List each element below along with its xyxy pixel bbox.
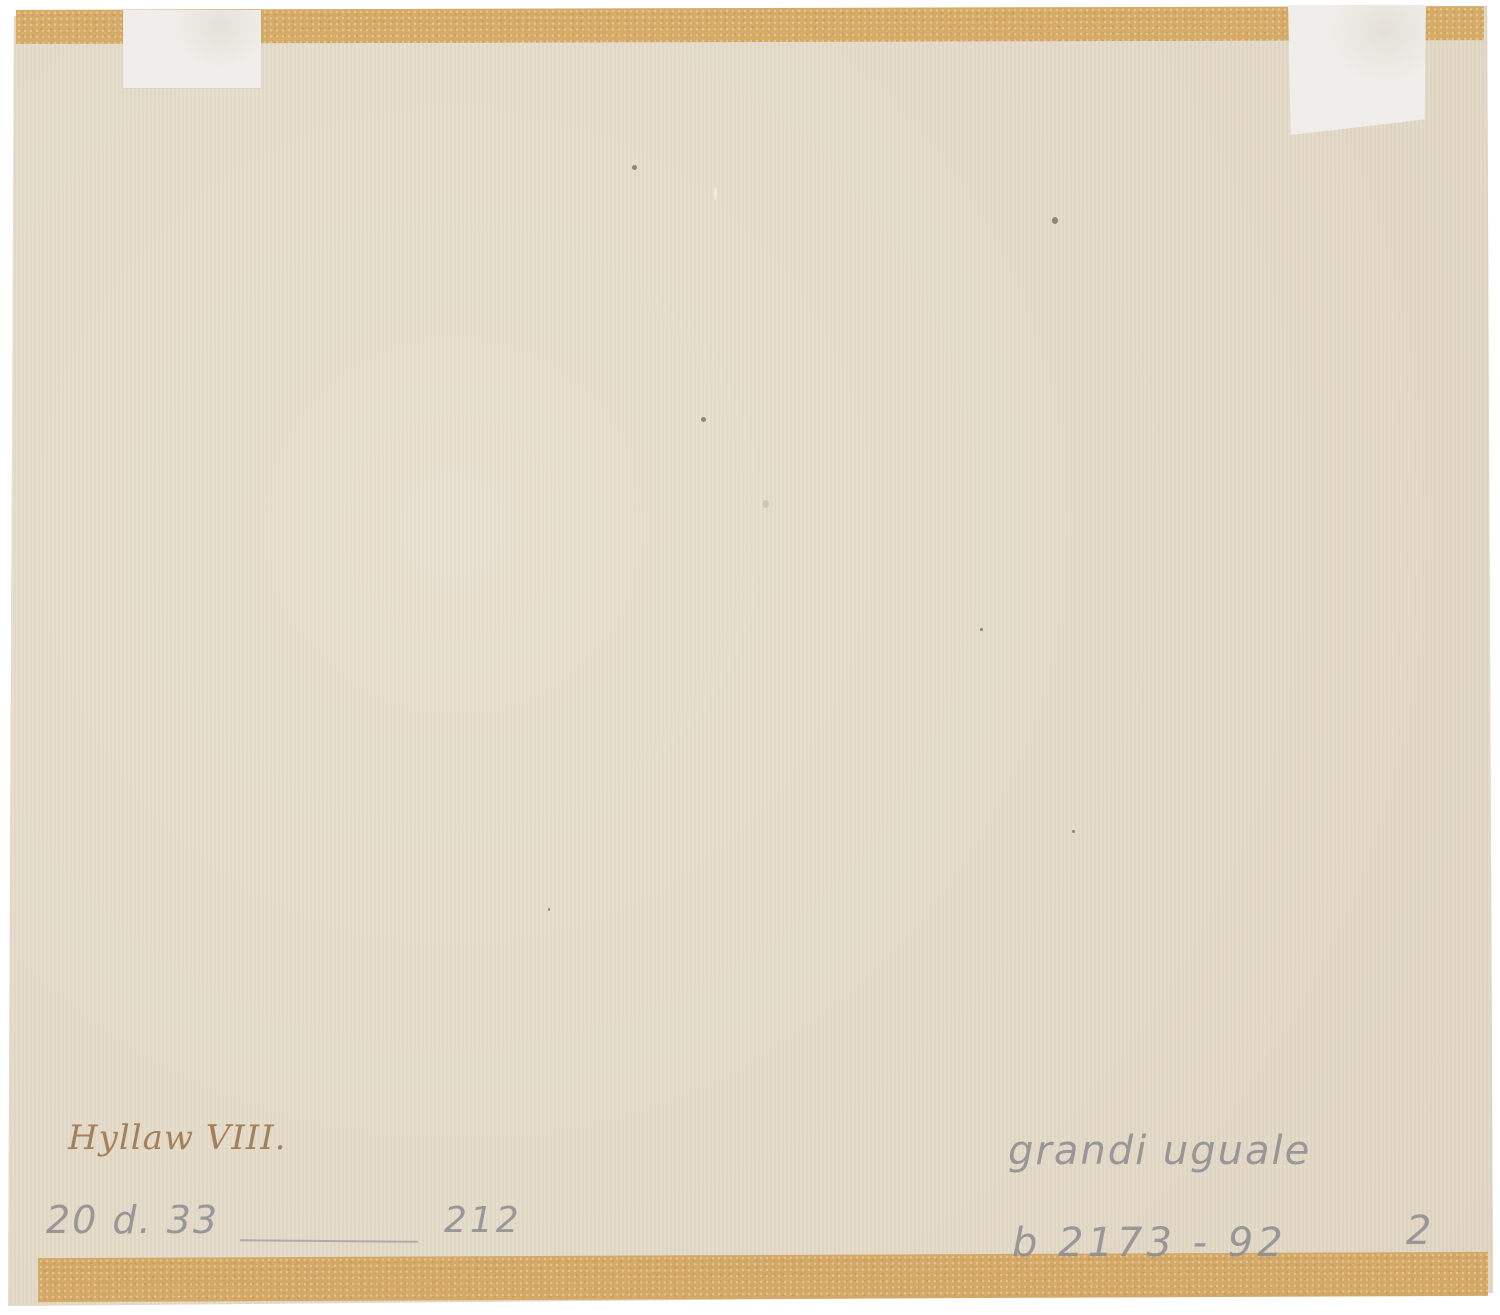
pencil-page-number: 212 — [444, 1200, 522, 1241]
pencil-count: 2 — [1406, 1208, 1431, 1254]
paper-speck — [763, 500, 769, 508]
paper-speck — [548, 908, 550, 911]
paper-speck — [1052, 217, 1058, 224]
paper-speck — [632, 165, 637, 170]
paper-speck — [1072, 830, 1075, 833]
pencil-note-grandi-uguale: grandi uguale — [1008, 1128, 1311, 1174]
paper-speck — [714, 188, 717, 200]
paper-speck — [980, 628, 983, 631]
paper-sheet — [8, 6, 1496, 1306]
paper-speck — [701, 417, 706, 422]
right-paper-hinge — [1288, 5, 1426, 135]
pencil-catalog-reference: b 2173 - 92 — [1012, 1220, 1287, 1266]
left-paper-hinge — [123, 10, 261, 88]
pencil-inventory-number: 20 d. 33 — [46, 1198, 219, 1242]
ink-inscription-title: Hyllaw VIII. — [68, 1118, 286, 1158]
